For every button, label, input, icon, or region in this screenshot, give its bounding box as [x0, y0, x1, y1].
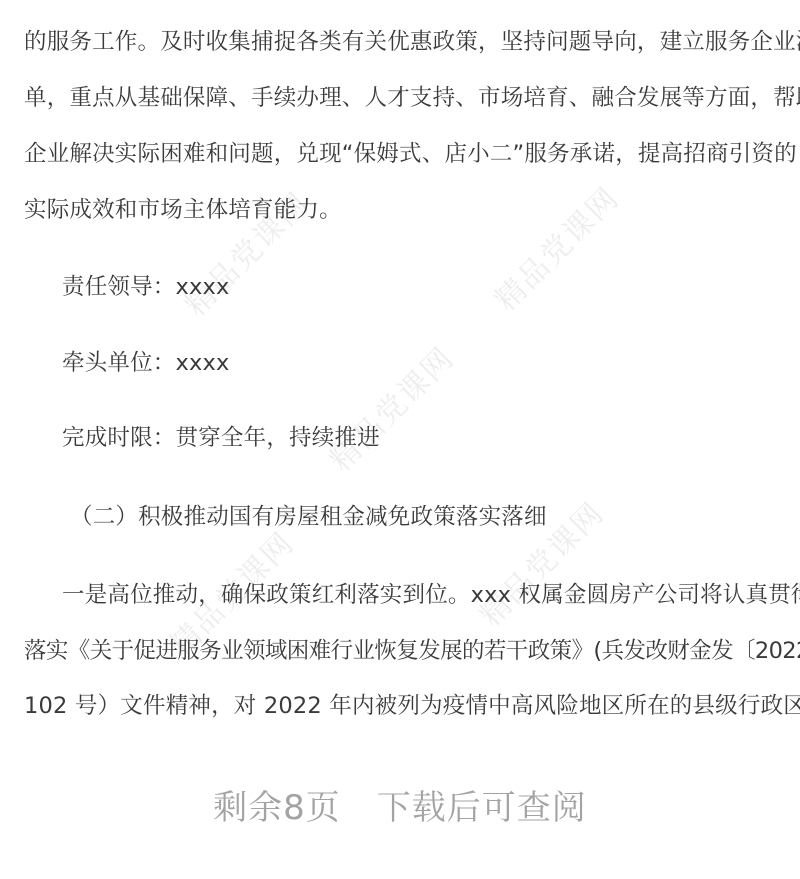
watermark: 精品党课网 — [483, 175, 627, 319]
paragraph-line: 单，重点从基础保障、手续办理、人才支持、市场培育、融合发展等方面，帮助 — [24, 83, 800, 113]
paragraph-line: 一是高位推动，确保政策红利落实到位。xxx 权属金圆房产公司将认真贯彻 — [62, 580, 800, 610]
paragraph-line: 落实《关于促进服务业领域困难行业恢复发展的若干政策》(兵发改财金发〔2022〕 — [24, 636, 800, 666]
field-value: xxxx — [176, 274, 230, 300]
section-heading: （二）积极推动国有房屋租金减免政策落实落细 — [70, 502, 547, 532]
document-page: 精品党课网 精品党课网 精品党课网 精品党课网 精品党课网 的服务工作。及时收集… — [0, 0, 800, 879]
field-lead-unit: 牵头单位：xxxx — [62, 348, 230, 378]
paragraph-line: 实际成效和市场主体培育能力。 — [24, 195, 342, 225]
field-responsible-leader: 责任领导：xxxx — [62, 272, 230, 302]
paragraph-line: 102 号）文件精神，对 2022 年内被列为疫情中高风险地区所在的县级行政区域 — [24, 691, 800, 721]
download-prompt-label: 下载后可查阅 — [377, 788, 587, 828]
remaining-pages-prompt[interactable]: 剩余8页下载后可查阅 — [0, 780, 800, 829]
paragraph-line: 的服务工作。及时收集捕捉各类有关优惠政策，坚持问题导向，建立服务企业清 — [24, 27, 800, 57]
field-deadline: 完成时限：贯穿全年，持续推进 — [62, 423, 380, 453]
field-value: xxxx — [176, 350, 230, 376]
field-value: 贯穿全年，持续推进 — [176, 425, 380, 451]
remaining-pages-label: 剩余8页 — [213, 788, 341, 828]
field-label: 责任领导： — [62, 274, 176, 300]
paragraph-line: 企业解决实际困难和问题，兑现“保姆式、店小二”服务承诺，提高招商引资的 — [24, 139, 797, 169]
field-label: 完成时限： — [62, 425, 176, 451]
watermark: 精品党课网 — [318, 335, 462, 479]
field-label: 牵头单位： — [62, 350, 176, 376]
